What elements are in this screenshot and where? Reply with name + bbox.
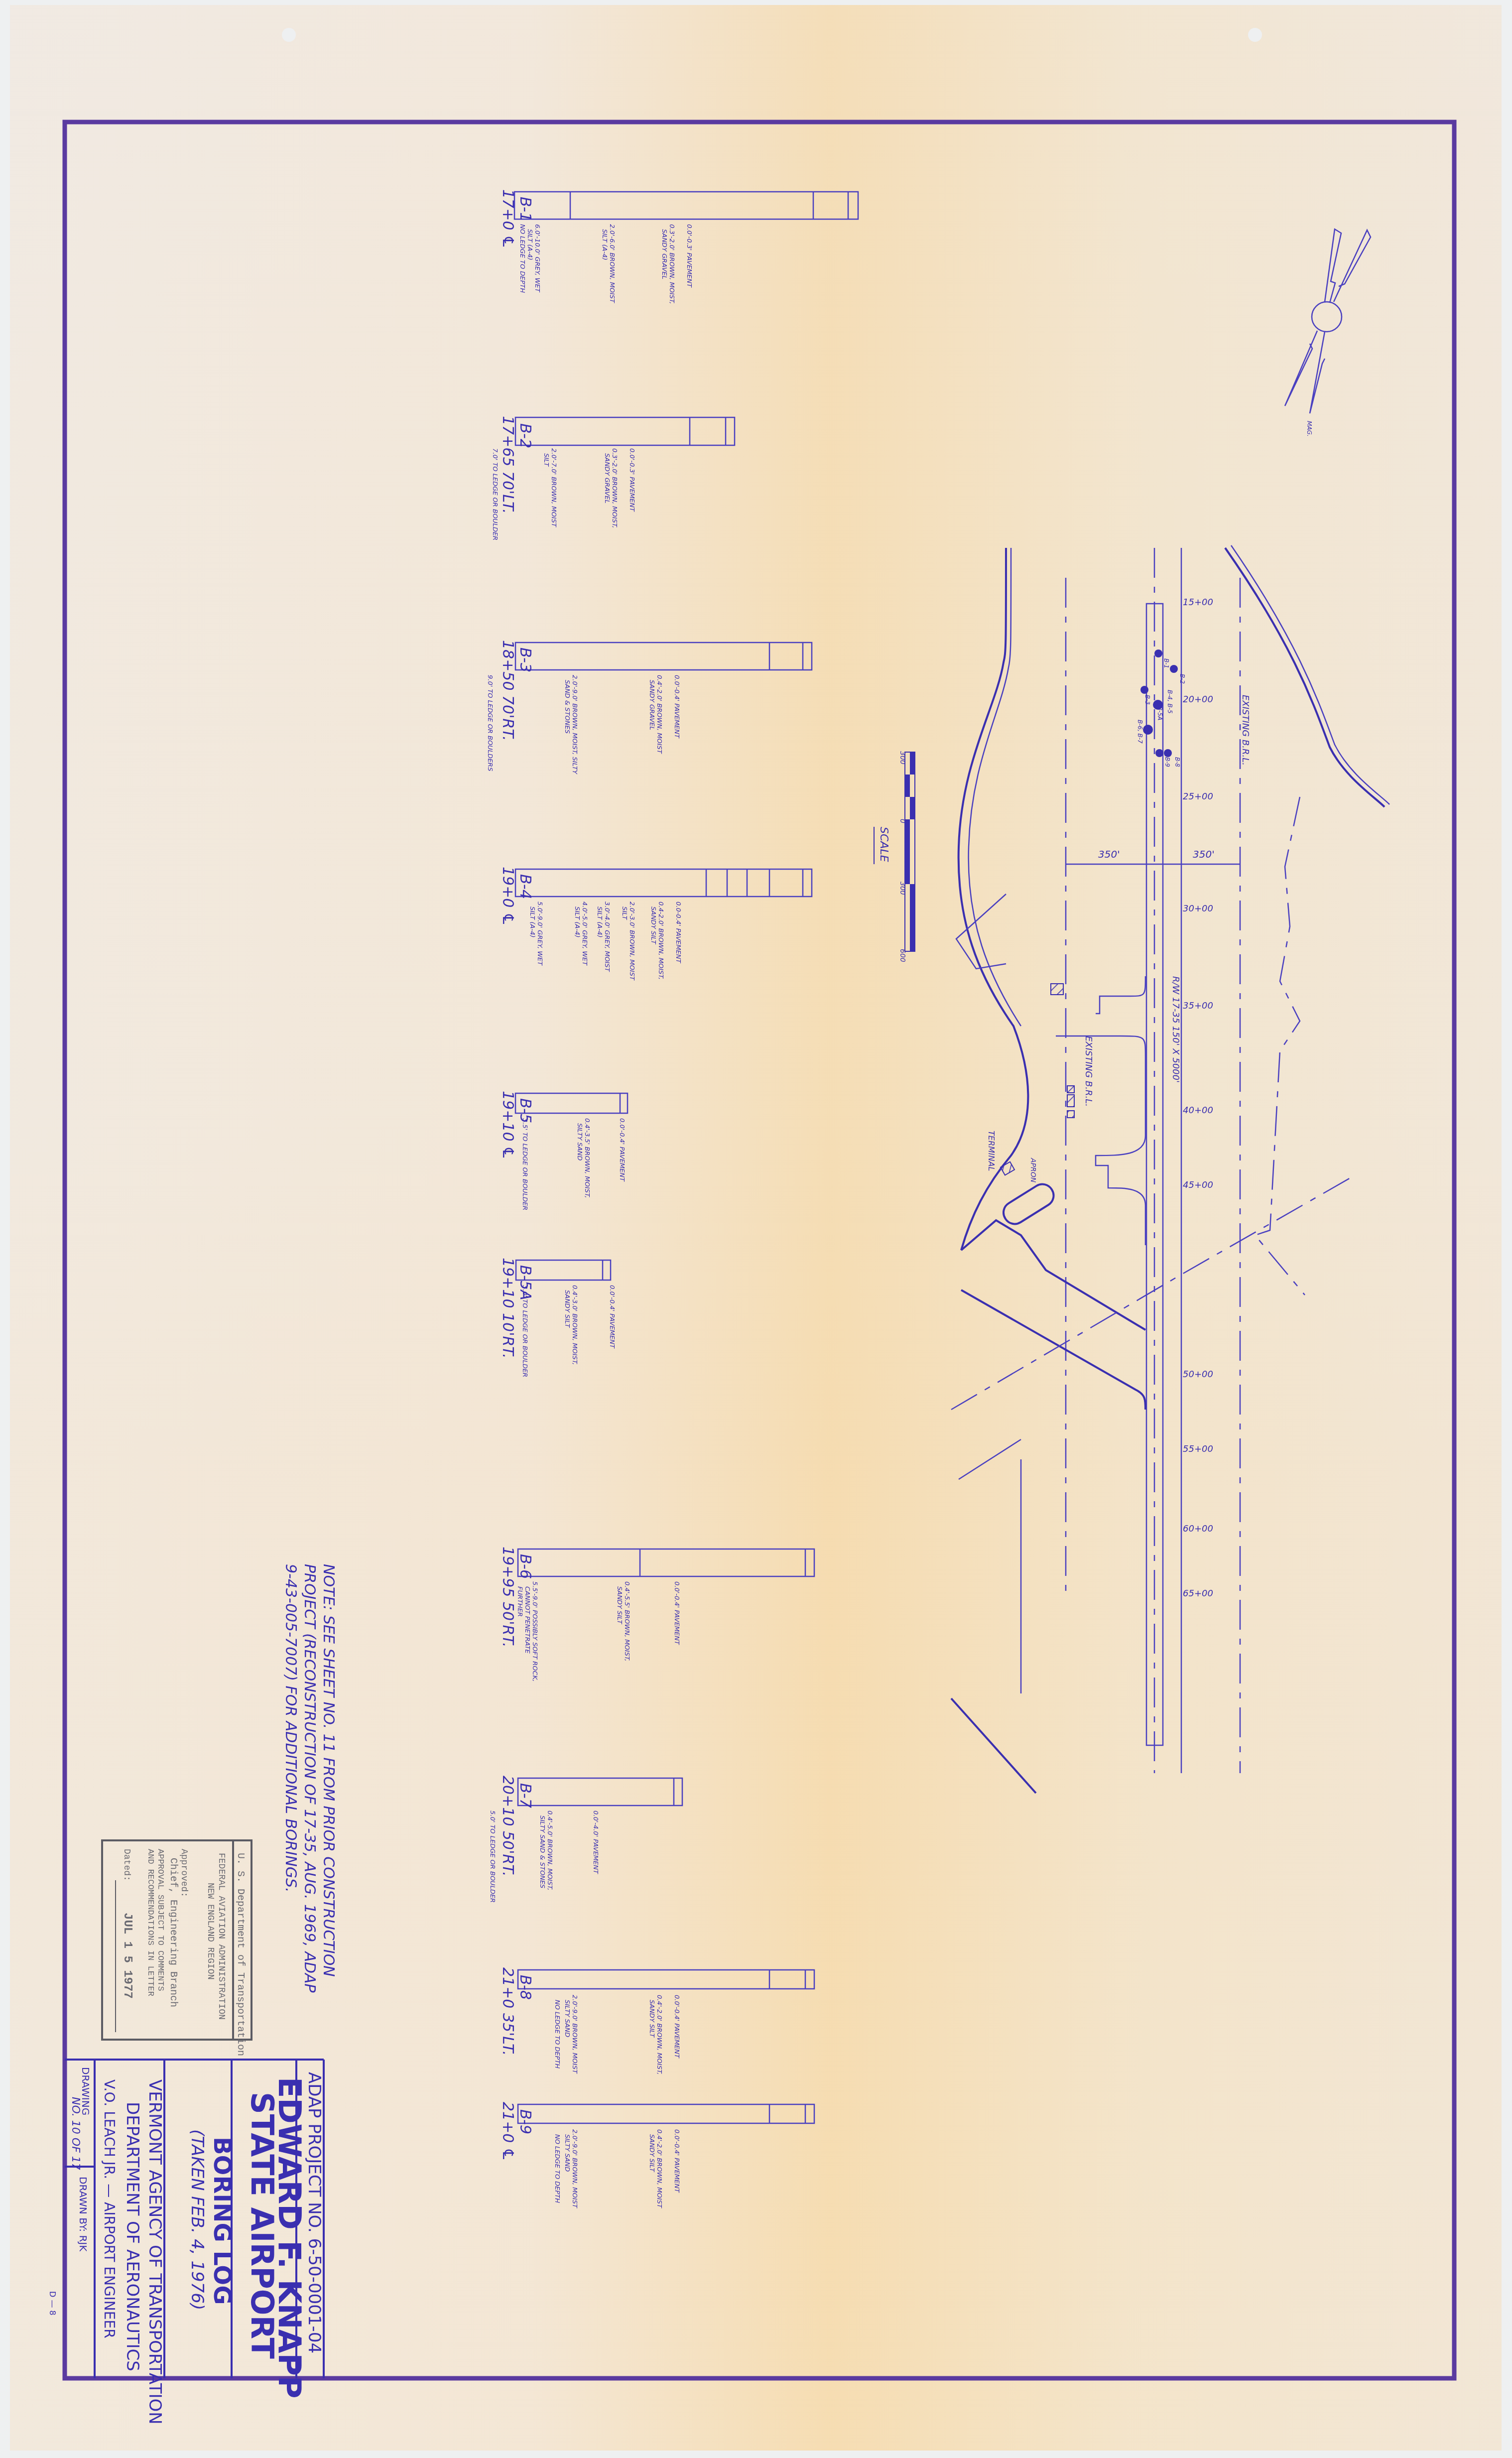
- svg-text:0.0-0.4' PAVEMENT: 0.0-0.4' PAVEMENT: [674, 902, 682, 963]
- svg-text:2.0'-9.0' BROWN, MOIST, SILTY: 2.0'-9.0' BROWN, MOIST, SILTY: [571, 675, 578, 775]
- stamp-dated-label: Dated:: [122, 1849, 131, 1881]
- svg-text:B-8: B-8: [516, 1975, 534, 2000]
- svg-text:SANDY SILT: SANDY SILT: [649, 906, 657, 944]
- svg-text:5.0' TO LEDGE OR BOULDER: 5.0' TO LEDGE OR BOULDER: [489, 1811, 496, 1903]
- stamp-faa: FEDERAL AVIATION ADMINISTRATION: [216, 1853, 226, 2020]
- svg-text:0: 0: [898, 819, 906, 823]
- svg-text:0.0'-0.4' PAVEMENT: 0.0'-0.4' PAVEMENT: [673, 1995, 680, 2059]
- svg-text:NO LEDGE TO DEPTH: NO LEDGE TO DEPTH: [518, 224, 526, 293]
- svg-text:17+65 70'LT.: 17+65 70'LT.: [499, 416, 516, 514]
- apron-label: APRON: [1029, 1158, 1037, 1183]
- svg-text:18+50 70'RT.: 18+50 70'RT.: [499, 640, 516, 741]
- svg-text:B-3: B-3: [1144, 695, 1151, 705]
- svg-text:SILT (A-4): SILT (A-4): [573, 906, 581, 938]
- svg-text:0.4'-3.0' BROWN, MOIST,: 0.4'-3.0' BROWN, MOIST,: [571, 1285, 578, 1365]
- svg-text:EXISTING B.R.L.: EXISTING B.R.L.: [1083, 1036, 1094, 1107]
- terminal-label: TERMINAL: [987, 1131, 996, 1171]
- agency-line1: VERMONT AGENCY OF TRANSPORTATION: [145, 2079, 165, 2425]
- svg-text:300: 300: [898, 882, 906, 895]
- svg-text:CANNOT PENETRATE: CANNOT PENETRATE: [523, 1586, 531, 1654]
- svg-text:6.0'-10.0' GREY, WET: 6.0'-10.0' GREY, WET: [533, 224, 541, 293]
- svg-text:19+95 50'RT.: 19+95 50'RT.: [499, 1547, 516, 1648]
- engineer-line: V.O. LEACH JR. — AIRPORT ENGINEER: [101, 2079, 118, 2338]
- note-line2: PROJECT (RECONSTRUCTION OF 17-35, AUG. 1…: [301, 1564, 318, 1993]
- svg-text:B-1: B-1: [1163, 658, 1170, 668]
- svg-text:NO LEDGE TO DEPTH: NO LEDGE TO DEPTH: [553, 2134, 561, 2203]
- svg-text:35+00: 35+00: [1183, 1001, 1213, 1011]
- svg-text:0.4'-5.5' BROWN, MOIST,: 0.4'-5.5' BROWN, MOIST,: [623, 1581, 630, 1661]
- svg-text:5.5'-9.0' POSSIBLY SOFT ROCK,: 5.5'-9.0' POSSIBLY SOFT ROCK,: [531, 1581, 538, 1682]
- svg-text:2.0'-6.0' BROWN, MOIST: 2.0'-6.0' BROWN, MOIST: [608, 224, 616, 303]
- svg-text:SANDY GRAVEL: SANDY GRAVEL: [648, 680, 655, 730]
- svg-text:3.0' TO LEDGE OR BOULDER: 3.0' TO LEDGE OR BOULDER: [521, 1285, 528, 1377]
- svg-text:25+00: 25+00: [1183, 791, 1213, 802]
- svg-text:0.3'-2.0' BROWN, MOIST,: 0.3'-2.0' BROWN, MOIST,: [611, 448, 618, 528]
- svg-text:B-3: B-3: [516, 647, 534, 672]
- svg-text:EXISTING B.R.L.: EXISTING B.R.L.: [1240, 695, 1251, 766]
- svg-text:0.0'-0.4' PAVEMENT: 0.0'-0.4' PAVEMENT: [673, 675, 680, 739]
- svg-text:350': 350': [1193, 848, 1215, 860]
- sheet-title: BORING LOG: [208, 2137, 236, 2305]
- scale-title: SCALE: [878, 827, 890, 862]
- stamp-condition1: APPROVAL SUBJECT TO COMMENTS: [155, 1849, 165, 1991]
- svg-text:B-2: B-2: [1179, 674, 1186, 684]
- svg-text:0.0'-0.3' PAVEMENT: 0.0'-0.3' PAVEMENT: [628, 448, 635, 512]
- svg-text:300: 300: [898, 751, 906, 765]
- runway-label: R/W 17-35 150' X 5000': [1170, 976, 1181, 1083]
- boring-station: 17+0 ℄: [499, 189, 516, 249]
- svg-text:SANDY SILT: SANDY SILT: [648, 2134, 655, 2172]
- svg-text:SILTY SAND: SILTY SAND: [563, 2134, 571, 2172]
- svg-text:600: 600: [898, 949, 906, 962]
- svg-text:0.4'-3.5' BROWN, MOIST,: 0.4'-3.5' BROWN, MOIST,: [583, 1118, 591, 1198]
- svg-text:0.4'-2.0' BROWN, MOIST,: 0.4'-2.0' BROWN, MOIST,: [655, 1995, 663, 2074]
- engineering-drawing-sheet: ADAP PROJECT NO. 6-50-0001-04 EDWARD F. …: [0, 0, 1512, 2458]
- svg-text:350': 350': [1098, 848, 1120, 860]
- agency-line2: DEPARTMENT OF AERONAUTICS: [123, 2102, 142, 2371]
- sheet-subtitle: (TAKEN FEB. 4, 1976): [187, 2129, 207, 2310]
- stamp-region: NEW ENGLAND REGION: [205, 1883, 215, 1979]
- svg-text:SILTY SAND & STONES: SILTY SAND & STONES: [538, 1815, 546, 1888]
- svg-text:19+10 ℄: 19+10 ℄: [499, 1091, 516, 1160]
- svg-text:30+00: 30+00: [1183, 904, 1213, 914]
- stamp-dept: U. S. Department of Transportation: [235, 1853, 246, 2056]
- svg-text:B-7: B-7: [516, 1783, 534, 1808]
- sheet-corner-mark: D — 8: [48, 2291, 57, 2316]
- svg-text:B-5A: B-5A: [1156, 706, 1163, 720]
- svg-text:0.4'-5.0' BROWN, MOIST,: 0.4'-5.0' BROWN, MOIST,: [546, 1811, 553, 1890]
- boring-id: B-1: [516, 197, 534, 222]
- svg-text:B-8: B-8: [1174, 757, 1181, 767]
- airport-name-line2: STATE AIRPORT: [244, 2092, 280, 2359]
- svg-text:0.4-2.0' BROWN, MOIST,: 0.4-2.0' BROWN, MOIST,: [657, 902, 664, 980]
- svg-text:SANDY GRAVEL: SANDY GRAVEL: [603, 453, 611, 504]
- svg-text:20+10 50'RT.: 20+10 50'RT.: [499, 1776, 516, 1877]
- svg-text:B-2: B-2: [516, 423, 534, 448]
- svg-text:0.0'-0.3' PAVEMENT: 0.0'-0.3' PAVEMENT: [685, 224, 693, 288]
- svg-text:3.0'-4.0' GREY, MOIST: 3.0'-4.0' GREY, MOIST: [603, 902, 611, 972]
- svg-text:SILT: SILT: [542, 453, 550, 467]
- stamp-condition2: AND RECOMMENDATIONS IN LETTER: [145, 1849, 155, 1996]
- drawing-number: NO. 10 OF 17: [69, 2097, 82, 2170]
- svg-text:SILT (A-4): SILT (A-4): [528, 906, 536, 938]
- svg-text:B-6, B-7: B-6, B-7: [1136, 720, 1143, 744]
- svg-text:B-4: B-4: [516, 874, 534, 899]
- svg-text:0.0'-0.4' PAVEMENT: 0.0'-0.4' PAVEMENT: [673, 2129, 680, 2193]
- svg-text:SILT (A-4): SILT (A-4): [601, 229, 608, 260]
- svg-text:0.0'-0.4' PAVEMENT: 0.0'-0.4' PAVEMENT: [673, 1581, 680, 1645]
- svg-text:4.0'-5.0' GREY, WET: 4.0'-5.0' GREY, WET: [581, 902, 588, 966]
- svg-text:2.0'-3.0' BROWN, MOIST: 2.0'-3.0' BROWN, MOIST: [628, 902, 635, 981]
- note-line1: NOTE: SEE SHEET NO. 11 FROM PRIOR CONSTR…: [320, 1564, 337, 1977]
- svg-text:19+10 10'RT.: 19+10 10'RT.: [499, 1258, 516, 1359]
- svg-text:MAG.: MAG.: [1306, 421, 1313, 437]
- svg-text:SANDY SILT: SANDY SILT: [648, 2000, 655, 2038]
- svg-text:B-9: B-9: [1164, 757, 1171, 767]
- drawn-by: DRAWN BY: RJK: [77, 2177, 89, 2252]
- svg-text:SILTY SAND: SILTY SAND: [576, 1123, 583, 1161]
- svg-text:5.0'-9.0' GREY, WET: 5.0'-9.0' GREY, WET: [536, 902, 543, 966]
- stamp-approved-label: Approved:: [179, 1849, 189, 1897]
- svg-text:SANDY GRAVEL: SANDY GRAVEL: [660, 229, 668, 279]
- svg-text:60+00: 60+00: [1183, 1524, 1213, 1534]
- svg-text:SILT (A-4): SILT (A-4): [596, 906, 603, 938]
- svg-text:B-9: B-9: [516, 2109, 534, 2134]
- svg-text:0.4'-2.0' BROWN, MOIST: 0.4'-2.0' BROWN, MOIST: [655, 675, 663, 754]
- svg-text:2.0'-7.0' BROWN, MOIST: 2.0'-7.0' BROWN, MOIST: [550, 448, 557, 527]
- svg-text:21+0 35'LT.: 21+0 35'LT.: [499, 1967, 516, 2056]
- svg-text:SILT: SILT: [621, 906, 628, 920]
- svg-text:45+00: 45+00: [1183, 1180, 1213, 1190]
- svg-text:2.0'-9.0' BROWN, MOIST: 2.0'-9.0' BROWN, MOIST: [571, 2129, 578, 2208]
- svg-text:B-6: B-6: [516, 1554, 534, 1579]
- svg-text:B-4, B-5: B-4, B-5: [1166, 690, 1173, 714]
- note-line3: 9-43-005-7007) FOR ADDITIONAL BORINGS.: [282, 1564, 299, 1893]
- svg-text:0.0'-0.4' PAVEMENT: 0.0'-0.4' PAVEMENT: [608, 1285, 616, 1349]
- svg-text:SANDY SILT: SANDY SILT: [616, 1586, 623, 1624]
- svg-text:0.4'-2.0' BROWN, MOIST: 0.4'-2.0' BROWN, MOIST: [655, 2129, 663, 2208]
- svg-text:7.0' TO LEDGE OR BOULDER: 7.0' TO LEDGE OR BOULDER: [491, 448, 499, 540]
- svg-text:2.0'-9.0' BROWN, MOIST: 2.0'-9.0' BROWN, MOIST: [571, 1995, 578, 2074]
- svg-text:0.0'-4.0' PAVEMENT: 0.0'-4.0' PAVEMENT: [592, 1811, 599, 1874]
- svg-text:SAND & STONES: SAND & STONES: [563, 680, 571, 734]
- stamp-approver: Chief, Engineering Branch: [167, 1858, 179, 2007]
- svg-text:3.5' TO LEDGE OR BOULDER: 3.5' TO LEDGE OR BOULDER: [521, 1118, 528, 1210]
- svg-text:NO LEDGE TO DEPTH: NO LEDGE TO DEPTH: [553, 2000, 561, 2069]
- stamp-date: JUL 1 5 1977: [121, 1913, 134, 1999]
- svg-text:0.0'-0.4' PAVEMENT: 0.0'-0.4' PAVEMENT: [618, 1118, 626, 1182]
- svg-text:9.0' TO LEDGE OR BOULDERS: 9.0' TO LEDGE OR BOULDERS: [486, 675, 494, 771]
- svg-text:65+00: 65+00: [1183, 1588, 1213, 1599]
- svg-text:0.3'-2.0' BROWN, MOIST,: 0.3'-2.0' BROWN, MOIST,: [668, 224, 675, 304]
- svg-text:40+00: 40+00: [1183, 1105, 1213, 1116]
- svg-text:55+00: 55+00: [1183, 1444, 1213, 1454]
- svg-text:20+00: 20+00: [1183, 694, 1213, 705]
- svg-text:21+0 ℄: 21+0 ℄: [499, 2102, 516, 2161]
- svg-text:19+0 ℄: 19+0 ℄: [499, 867, 516, 926]
- svg-text:FURTHER: FURTHER: [516, 1586, 523, 1617]
- svg-text:50+00: 50+00: [1183, 1369, 1213, 1380]
- svg-text:15+00: 15+00: [1183, 597, 1213, 608]
- svg-text:SILT (A-4): SILT (A-4): [526, 229, 533, 260]
- svg-text:SANDY SILT: SANDY SILT: [563, 1290, 571, 1328]
- svg-text:SILTY SAND: SILTY SAND: [563, 2000, 571, 2037]
